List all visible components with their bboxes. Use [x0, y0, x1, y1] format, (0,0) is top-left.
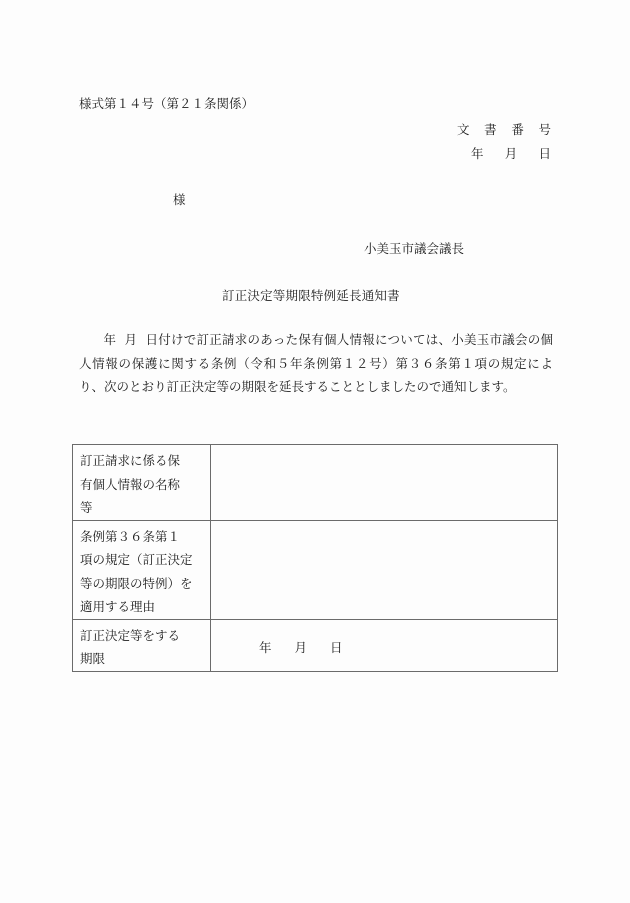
document-number-field: 文 書 番 号 [457, 124, 551, 137]
body-year: 年 [104, 332, 117, 347]
docnum-char: 書 [484, 124, 497, 137]
value-deadline[interactable]: 年 月 日 [211, 619, 558, 671]
docnum-char: 番 [511, 124, 524, 137]
date-day: 日 [538, 148, 551, 161]
date-month: 月 [505, 148, 518, 161]
document-title: 訂正決定等期限特例延長通知書 [222, 290, 400, 303]
addressee: 様 [173, 194, 186, 207]
table-row-deadline: 訂正決定等をする 期限 年 月 日 [73, 619, 558, 671]
docnum-char: 文 [457, 124, 470, 137]
body-paragraph: 年月日付けで訂正請求のあった保有個人情報については、小美玉市議会の個人情報の保護… [79, 328, 553, 399]
form-number: 様式第１４号（第２１条関係） [79, 98, 254, 111]
body-text: 日付けで訂正請求のあった保有個人情報については、小美玉市議会の個人情報の保護に関… [79, 332, 553, 394]
deadline-date: 年 月 日 [211, 620, 557, 656]
sender-name: 小美玉市議会議長 [364, 243, 464, 256]
deadline-day: 日 [330, 638, 343, 656]
table-row-info-name: 訂正請求に係る保 有個人情報の名称 等 [73, 445, 558, 521]
label-deadline: 訂正決定等をする 期限 [73, 619, 211, 671]
date-year: 年 [471, 148, 484, 161]
label-reason: 条例第３６条第１ 項の規定（訂正決定 等の期限の特例）を 適用する理由 [73, 520, 211, 619]
body-month: 月 [124, 332, 137, 347]
value-info-name[interactable] [211, 445, 558, 521]
docnum-char: 号 [538, 124, 551, 137]
deadline-year: 年 [259, 638, 272, 656]
deadline-month: 月 [295, 638, 308, 656]
value-reason[interactable] [211, 520, 558, 619]
table-row-reason: 条例第３６条第１ 項の規定（訂正決定 等の期限の特例）を 適用する理由 [73, 520, 558, 619]
notice-table: 訂正請求に係る保 有個人情報の名称 等 条例第３６条第１ 項の規定（訂正決定 等… [72, 444, 558, 672]
issue-date-field: 年 月 日 [471, 148, 551, 161]
label-info-name: 訂正請求に係る保 有個人情報の名称 等 [73, 445, 211, 521]
